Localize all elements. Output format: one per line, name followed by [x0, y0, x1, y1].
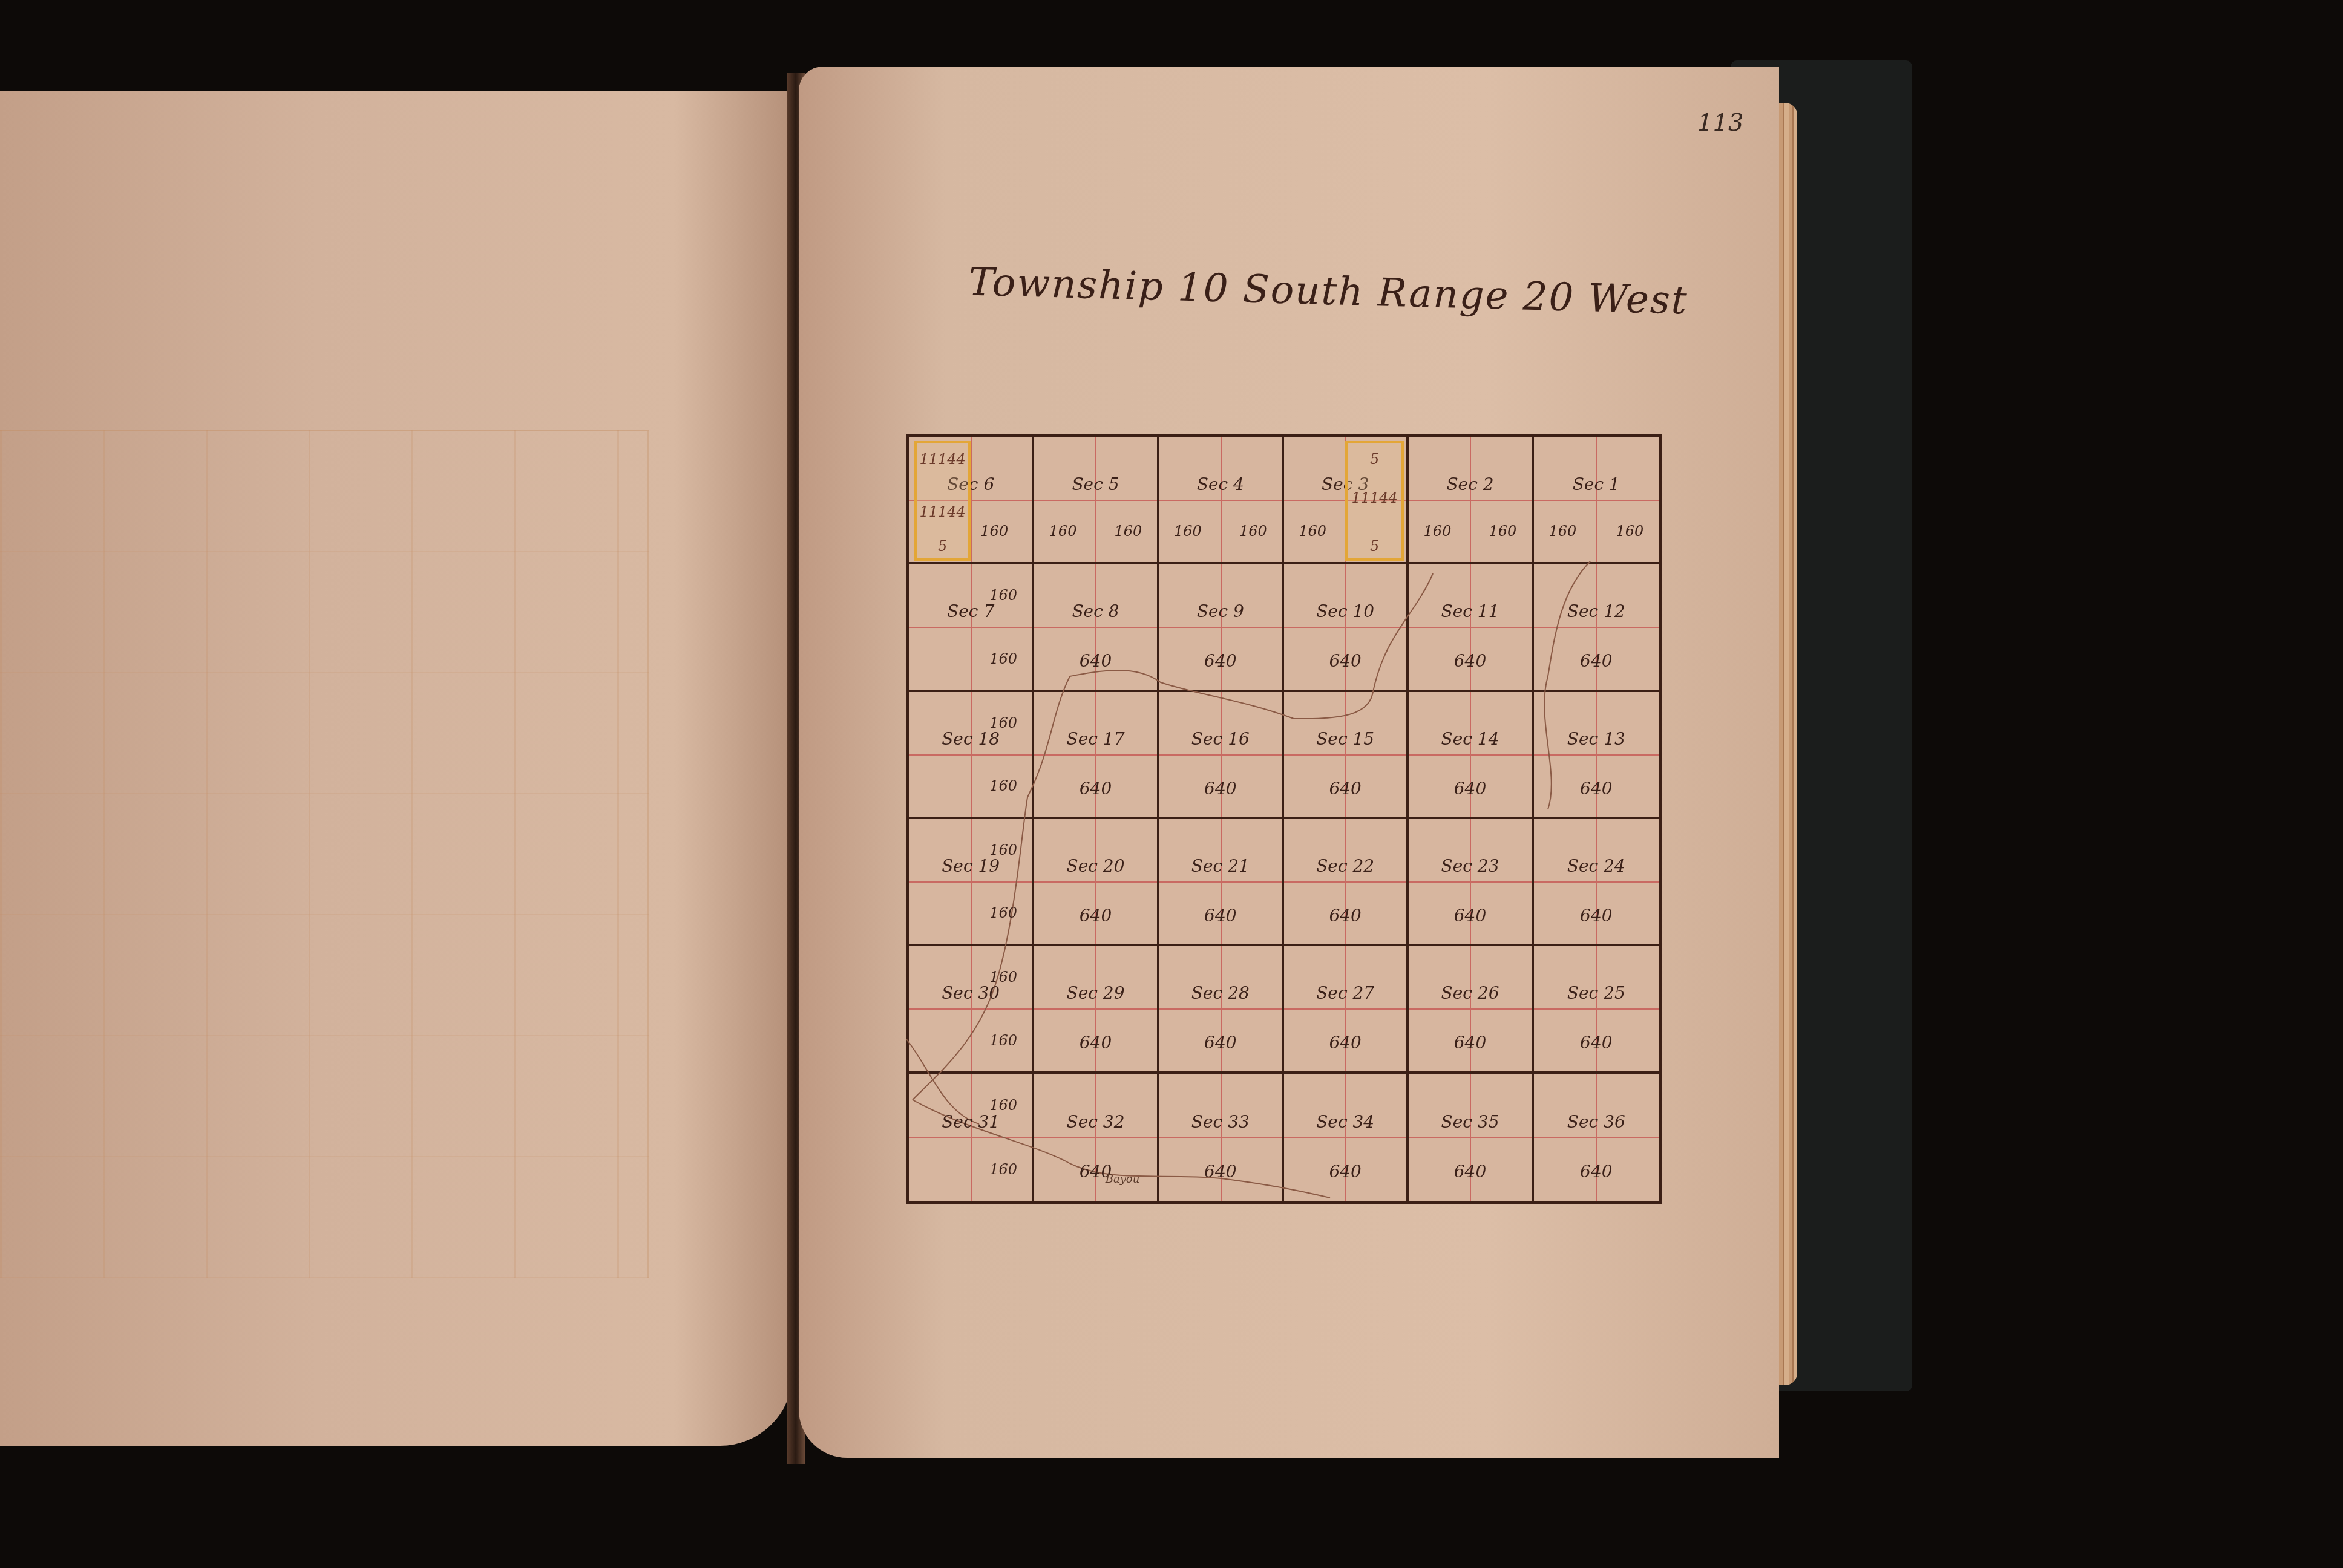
quarter-acres: 160	[989, 969, 1017, 985]
section-label: Sec 23	[1409, 856, 1531, 876]
section-label: Sec 27	[1284, 983, 1406, 1003]
quarter-acres: 160	[989, 777, 1017, 794]
section-label: Sec 2	[1409, 474, 1531, 494]
section-label: Sec 12	[1534, 601, 1659, 621]
section-acres: 640	[1159, 1161, 1282, 1181]
page-number: 113	[1697, 109, 1743, 137]
section-label: Sec 4	[1159, 474, 1282, 494]
section-acres: 640	[1409, 779, 1531, 799]
quarter-acres: 160	[989, 904, 1017, 921]
section-31: Sec 31 160 160	[909, 1074, 1034, 1201]
section-label: Sec 19	[909, 856, 1032, 876]
section-acres: 640	[1159, 779, 1282, 799]
section-4: Sec 4 160 160	[1159, 437, 1284, 564]
section-3: Sec 3 160 5 11144 5	[1284, 437, 1409, 564]
section-acres: 640	[1034, 1033, 1156, 1053]
entry-number: 11144	[917, 503, 968, 520]
section-7: Sec 7 160 160	[909, 564, 1034, 691]
quarter-acres: 160	[989, 587, 1017, 604]
section-label: Sec 34	[1284, 1112, 1406, 1132]
section-20: Sec 20640	[1034, 819, 1159, 946]
section-12: Sec 12640	[1534, 564, 1659, 691]
section-label: Sec 21	[1159, 856, 1282, 876]
section-19: Sec 19 160 160	[909, 819, 1034, 946]
section-acres: 640	[1284, 906, 1406, 926]
section-label: Sec 10	[1284, 601, 1406, 621]
section-acres: 640	[1409, 906, 1531, 926]
section-label: Sec 14	[1409, 729, 1531, 749]
section-label: Sec 30	[909, 983, 1032, 1003]
entry-note: 5	[917, 538, 968, 555]
section-16: Sec 16640	[1159, 692, 1284, 819]
section-acres: 640	[1284, 651, 1406, 671]
section-27: Sec 27640	[1284, 946, 1409, 1073]
section-9: Sec 9640	[1159, 564, 1284, 691]
section-label: Sec 35	[1409, 1112, 1531, 1132]
left-page	[0, 91, 793, 1446]
section-label: Sec 18	[909, 729, 1032, 749]
section-label: Sec 8	[1034, 601, 1156, 621]
quarter-acres: 160	[1489, 523, 1517, 540]
section-acres: 640	[1409, 651, 1531, 671]
section-33: Sec 33640	[1159, 1074, 1284, 1201]
section-acres: 640	[1534, 1033, 1659, 1053]
bayou-annotation: Bayou	[1106, 1173, 1140, 1186]
section-label: Sec 7	[909, 601, 1032, 621]
highlighted-entry: 5 11144 5	[1345, 441, 1404, 561]
section-label: Sec 36	[1534, 1112, 1659, 1132]
quarter-acres: 160	[989, 714, 1017, 731]
quarter-acres: 160	[1174, 523, 1202, 540]
section-label: Sec 33	[1159, 1112, 1282, 1132]
section-label: Sec 24	[1534, 856, 1659, 876]
quarter-acres: 160	[1424, 523, 1452, 540]
section-acres: 640	[1534, 651, 1659, 671]
section-25: Sec 25640	[1534, 946, 1659, 1073]
section-18: Sec 18 160 160	[909, 692, 1034, 819]
quarter-acres: 160	[1299, 523, 1326, 540]
highlighted-entry: 11144 11144 5	[914, 441, 971, 561]
section-label: Sec 20	[1034, 856, 1156, 876]
section-acres: 640	[1034, 906, 1156, 926]
section-2: Sec 2 160 160	[1409, 437, 1533, 564]
section-label: Sec 1	[1534, 474, 1659, 494]
section-1: Sec 1 160 160	[1534, 437, 1659, 564]
entry-number: 11144	[1348, 489, 1401, 506]
section-label: Sec 15	[1284, 729, 1406, 749]
bleed-through-grid	[0, 430, 649, 1278]
section-acres: 640	[1284, 779, 1406, 799]
quarter-acres: 160	[980, 523, 1008, 540]
section-13: Sec 13640	[1534, 692, 1659, 819]
section-32: Sec 32 640 Bayou	[1034, 1074, 1159, 1201]
section-label: Sec 29	[1034, 983, 1156, 1003]
section-acres: 640	[1284, 1161, 1406, 1181]
section-35: Sec 35640	[1409, 1074, 1533, 1201]
section-acres: 640	[1159, 906, 1282, 926]
section-10: Sec 10640	[1284, 564, 1409, 691]
quarter-acres: 160	[989, 1097, 1017, 1114]
entry-note: 5	[1348, 451, 1401, 468]
township-plat-grid: Sec 6 160 11144 11144 5 Sec 5 160 160 Se…	[906, 434, 1662, 1204]
section-22: Sec 22640	[1284, 819, 1409, 946]
section-5: Sec 5 160 160	[1034, 437, 1159, 564]
section-28: Sec 28640	[1159, 946, 1284, 1073]
section-acres: 640	[1534, 906, 1659, 926]
section-8: Sec 8640	[1034, 564, 1159, 691]
quarter-acres: 160	[989, 650, 1017, 667]
section-label: Sec 28	[1159, 983, 1282, 1003]
section-23: Sec 23640	[1409, 819, 1533, 946]
quarter-acres: 160	[1616, 523, 1643, 540]
section-acres: 640	[1284, 1033, 1406, 1053]
section-label: Sec 5	[1034, 474, 1156, 494]
section-acres: 640	[1409, 1161, 1531, 1181]
quarter-acres: 160	[1239, 523, 1267, 540]
section-15: Sec 15640	[1284, 692, 1409, 819]
section-acres: 640	[1034, 651, 1156, 671]
section-label: Sec 17	[1034, 729, 1156, 749]
quarter-acres: 160	[1049, 523, 1077, 540]
section-label: Sec 9	[1159, 601, 1282, 621]
section-6: Sec 6 160 11144 11144 5	[909, 437, 1034, 564]
section-label: Sec 25	[1534, 983, 1659, 1003]
quarter-acres: 160	[1548, 523, 1576, 540]
section-acres: 640	[1409, 1033, 1531, 1053]
quarter-acres: 160	[989, 1032, 1017, 1049]
section-26: Sec 26640	[1409, 946, 1533, 1073]
section-36: Sec 36640	[1534, 1074, 1659, 1201]
section-21: Sec 21640	[1159, 819, 1284, 946]
section-label: Sec 31	[909, 1112, 1032, 1132]
entry-note: 5	[1348, 538, 1401, 555]
quarter-acres: 160	[1115, 523, 1142, 540]
section-29: Sec 29640	[1034, 946, 1159, 1073]
section-acres: 640	[1534, 1161, 1659, 1181]
entry-number: 11144	[917, 451, 968, 468]
section-17: Sec 17640	[1034, 692, 1159, 819]
quarter-acres: 160	[989, 841, 1017, 858]
quarter-acres: 160	[989, 1161, 1017, 1178]
section-30: Sec 30 160 160	[909, 946, 1034, 1073]
section-label: Sec 32	[1034, 1112, 1156, 1132]
section-11: Sec 11640	[1409, 564, 1533, 691]
section-34: Sec 34640	[1284, 1074, 1409, 1201]
section-acres: 640	[1034, 779, 1156, 799]
section-acres: 640	[1534, 779, 1659, 799]
section-label: Sec 13	[1534, 729, 1659, 749]
section-label: Sec 22	[1284, 856, 1406, 876]
section-acres: 640	[1159, 651, 1282, 671]
section-label: Sec 26	[1409, 983, 1531, 1003]
section-label: Sec 11	[1409, 601, 1531, 621]
section-24: Sec 24640	[1534, 819, 1659, 946]
section-acres: 640	[1159, 1033, 1282, 1053]
section-14: Sec 14640	[1409, 692, 1533, 819]
section-label: Sec 16	[1159, 729, 1282, 749]
